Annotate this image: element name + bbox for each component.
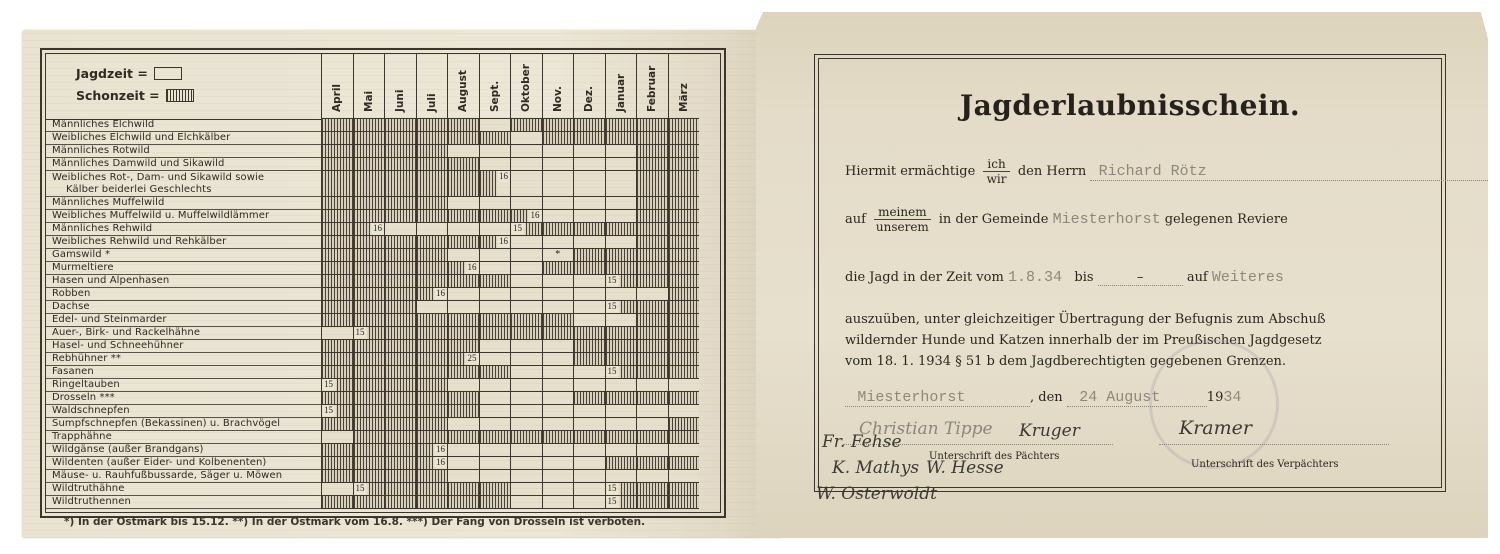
closed-season-cell [447,340,479,353]
closed-season-cell [384,119,416,132]
open-season-cell [479,223,511,236]
open-season-cell: * [542,249,574,262]
partial-season-cell: 15 [605,483,637,496]
closed-season-cell [416,158,448,171]
open-season-cell [447,418,479,431]
closed-season-cell [479,431,511,444]
open-season-cell [479,288,511,301]
closed-season-cell [668,340,700,353]
open-season-cell [636,288,668,301]
closed-season-cell [542,119,574,132]
closed-season-cell [384,262,416,275]
closed-season-cell [416,431,448,444]
open-season-cell [573,444,605,457]
partial-season-cell: 16 [479,236,511,249]
partial-season-cell: 25 [447,353,479,366]
partial-season-cell: 15 [321,405,353,418]
permit-line-2: auf meinemunserem in der Gemeinde Mieste… [845,205,1288,234]
closed-season-cell [447,275,479,288]
open-season-cell [510,418,542,431]
open-season-cell [416,301,448,314]
open-season-cell [605,379,637,392]
closed-season-cell [384,457,416,470]
closed-season-cell [636,314,668,327]
closed-season-cell [510,314,542,327]
species-label: Wildtruthähne [46,483,321,496]
open-season-swatch-icon [154,67,182,80]
partial-season-cell: 15 [321,379,353,392]
partial-season-cell: 15 [605,301,637,314]
closed-season-cell [384,483,416,496]
table-row [321,314,699,327]
closed-season-cell [447,366,479,379]
closed-season-cell [636,249,668,262]
closed-season-cell [573,392,605,405]
closed-season-cell [384,444,416,457]
species-label: Weibliches Rot-, Dam- und Sikawild sowie… [46,171,321,197]
open-season-cell [636,405,668,418]
closed-season-cell [447,236,479,249]
closed-season-cell [573,262,605,275]
partial-season-cell: 16 [447,262,479,275]
closed-season-cell [668,262,700,275]
open-season-cell [510,132,542,145]
closed-season-cell [605,249,637,262]
closed-season-cell [384,353,416,366]
species-label: Männliches Rehwild [46,223,321,236]
closed-season-cell [321,197,353,210]
closed-season-cell [321,418,353,431]
closed-season-cell [416,145,448,158]
open-season-cell [447,470,479,483]
month-header: Januar [605,54,637,119]
species-label: Drosseln *** [46,392,321,405]
open-season-cell [542,496,574,509]
closed-season-cell [668,496,700,509]
closed-season-cell [573,119,605,132]
closed-season-cell [416,327,448,340]
permit-frame: Jagderlaubnisschein. Hiermit ermächtige … [814,54,1446,492]
species-label: Männliches Rotwild [46,145,321,158]
closed-season-cell [573,132,605,145]
closed-season-cell [447,327,479,340]
month-header: Oktober [510,54,542,119]
closed-season-cell [636,132,668,145]
closed-season-cell [384,418,416,431]
species-label: Hasel- und Schneehühner [46,340,321,353]
closed-season-cell [384,158,416,171]
species-label: Mäuse- u. Rauhfußbussarde, Säger u. Möwe… [46,470,321,483]
legend: Jagdzeit = Schonzeit = [46,54,321,120]
closed-season-cell [353,314,385,327]
open-season-cell [542,197,574,210]
open-season-cell [542,236,574,249]
closed-season-cell [384,392,416,405]
closed-season-cell [321,496,353,509]
closed-season-cell [605,431,637,444]
species-label: Gamswild * [46,249,321,262]
open-season-cell [416,223,448,236]
lessee-signature-3: Fr. Fehse [822,432,902,452]
closed-season-cell [605,457,637,470]
closed-season-cell [321,392,353,405]
closed-season-cell [636,353,668,366]
closed-season-cell [636,145,668,158]
closed-season-cell [668,223,700,236]
open-season-cell [573,197,605,210]
partial-season-cell: 16 [416,457,448,470]
date-to-field: – [1098,270,1183,286]
table-row: 15 [321,275,699,288]
closed-season-cell [636,340,668,353]
closed-season-cell [447,132,479,145]
closed-season-cell [479,483,511,496]
closed-season-cell [353,405,385,418]
open-season-cell [510,379,542,392]
open-season-cell [605,470,637,483]
open-season-cell [573,379,605,392]
closed-season-cell [353,418,385,431]
open-season-cell [605,314,637,327]
closed-season-cell [668,236,700,249]
species-label: Trapphähne [46,431,321,444]
closed-season-cell [321,158,353,171]
possessive-choice: meinemunserem [874,205,931,234]
open-season-cell [479,470,511,483]
open-season-cell [573,483,605,496]
open-season-cell [510,340,542,353]
open-season-cell [605,236,637,249]
closed-season-cell [636,301,668,314]
closed-season-cell [353,379,385,392]
closed-season-cell [479,275,511,288]
open-season-cell [542,145,574,158]
table-row: 25 [321,353,699,366]
closed-season-cell [353,249,385,262]
open-season-cell [510,496,542,509]
open-season-cell [510,145,542,158]
closed-season-cell [416,483,448,496]
species-label: Waldschnepfen [46,405,321,418]
open-season-cell [479,145,511,158]
closed-season-cell [668,301,700,314]
closed-season-cell [353,444,385,457]
species-label: Männliches Damwild und Sikawild [46,158,321,171]
month-header: Juli [416,54,448,119]
closed-season-cell [353,210,385,223]
closed-season-cell [668,366,700,379]
holder-name-field: Richard Rötz [1090,163,1500,181]
open-season-cell [573,236,605,249]
open-season-cell [573,158,605,171]
closed-season-cell [384,340,416,353]
species-label: Hasen und Alpenhasen [46,275,321,288]
closed-season-cell [479,327,511,340]
closed-season-cell [447,314,479,327]
open-season-cell [510,457,542,470]
closed-season-cell [384,145,416,158]
open-season-cell [542,483,574,496]
open-season-cell [479,457,511,470]
lessor-signature: Kramer [1179,417,1252,439]
closed-season-cell [353,301,385,314]
open-season-cell [447,301,479,314]
open-season-cell [636,470,668,483]
closed-season-cell [384,470,416,483]
closed-season-cell [384,197,416,210]
open-season-cell [447,197,479,210]
closed-season-cell [636,366,668,379]
season-table: Jagdzeit = Schonzeit = AprilMaiJuniJuliA… [40,48,726,518]
month-header: Dez. [573,54,605,119]
open-season-cell [542,288,574,301]
closed-season-cell [447,431,479,444]
open-season-cell [510,470,542,483]
open-season-cell [447,379,479,392]
until-field: Weiteres [1212,269,1284,286]
closed-season-cell [321,353,353,366]
municipality-field: Miesterhorst [1053,211,1161,228]
species-label: Wildgänse (außer Brandgans) [46,444,321,457]
open-season-cell [479,119,511,132]
open-season-cell [542,405,574,418]
closed-season-cell [321,132,353,145]
open-season-cell [510,197,542,210]
closed-season-cell [479,366,511,379]
closed-season-cell [384,236,416,249]
partial-season-cell: 15 [510,223,542,236]
closed-season-cell [416,249,448,262]
date-from-field: 1.8.34 [1008,269,1062,286]
closed-season-cell [384,327,416,340]
closed-season-cell [353,158,385,171]
table-row: 15 [321,379,699,392]
closed-season-cell [353,275,385,288]
table-row: 15 [321,496,699,509]
closed-season-cell [321,223,353,236]
partial-season-cell: 15 [605,496,637,509]
partial-season-cell: 15 [605,366,637,379]
closed-season-cell [542,431,574,444]
closed-season-cell [573,353,605,366]
closed-season-cell [321,340,353,353]
table-row: 16 [321,457,699,470]
closed-season-cell [416,119,448,132]
table-row: 16 [321,210,699,223]
open-season-cell [542,418,574,431]
table-row: 16 [321,236,699,249]
closed-season-cell [636,262,668,275]
closed-season-cell [416,496,448,509]
open-season-cell [573,405,605,418]
species-label: Ringeltauben [46,379,321,392]
month-header: Sept. [479,54,511,119]
closed-season-cell [668,327,700,340]
partial-season-cell: 16 [353,223,385,236]
season-grid: 1616161516*1615161515251515151616151515 [321,119,699,509]
open-season-cell [605,197,637,210]
closed-season-cell [416,353,448,366]
closed-season-cell [416,379,448,392]
open-season-cell [573,288,605,301]
open-season-cell [668,444,700,457]
species-label: Robben [46,288,321,301]
pronoun-choice: ichwir [983,157,1009,186]
open-season-cell [542,301,574,314]
closed-season-cell [542,223,574,236]
closed-season-cell [384,431,416,444]
closed-season-cell [321,249,353,262]
table-row [321,145,699,158]
closed-season-cell [353,288,385,301]
closed-season-cell [321,288,353,301]
open-season-cell [542,158,574,171]
species-label: Murmeltiere [46,262,321,275]
closed-season-cell [384,301,416,314]
closed-season-cell [384,249,416,262]
open-season-cell [542,392,574,405]
open-season-cell [573,418,605,431]
table-row [321,119,699,132]
open-season-cell [510,275,542,288]
closed-season-cell [353,366,385,379]
permit-title: Jagderlaubnisschein. [819,89,1441,122]
open-season-cell [510,171,542,197]
closed-season-cell [384,171,416,197]
open-season-cell [447,444,479,457]
closed-season-cell [321,171,353,197]
place-date-line: Miesterhorst, den 24 August1934 [845,389,1241,407]
open-season-cell [605,405,637,418]
closed-season-cell [605,327,637,340]
closed-season-cell [636,119,668,132]
open-season-cell [447,223,479,236]
open-season-cell [479,444,511,457]
table-row: * [321,249,699,262]
closed-season-cell [636,158,668,171]
closed-season-cell [605,132,637,145]
closed-season-cell [542,262,574,275]
species-label: Weibliches Muffelwild u. Muffelwildlämme… [46,210,321,223]
closed-season-cell [416,210,448,223]
open-season-cell [510,353,542,366]
closed-season-cell [605,262,637,275]
species-label: Wildtruthennen [46,496,321,509]
table-row: 16 [321,262,699,275]
closed-season-cell [605,223,637,236]
table-row: 15 [321,405,699,418]
open-season-cell [510,301,542,314]
closed-season-cell [353,353,385,366]
open-season-cell [636,379,668,392]
open-season-cell [479,405,511,418]
lessor-signature-label: Unterschrift des Verpächters [1191,459,1339,470]
closed-season-cell [668,132,700,145]
date-signed-field: 24 August [1067,389,1207,407]
table-row [321,470,699,483]
hunting-season-table-page: Jagdzeit = Schonzeit = AprilMaiJuniJuliA… [22,30,782,538]
closed-season-cell [321,236,353,249]
open-season-cell [668,470,700,483]
partial-season-cell: 16 [479,171,511,197]
open-season-cell [321,327,353,340]
open-season-cell [479,197,511,210]
species-label: Edel- und Steinmarder [46,314,321,327]
open-season-cell [479,340,511,353]
closed-season-cell [479,314,511,327]
species-label: Männliches Elchwild [46,119,321,132]
species-label: Dachse [46,301,321,314]
closed-season-cell [353,236,385,249]
closed-season-cell [416,340,448,353]
closed-season-cell [636,171,668,197]
closed-season-cell [384,379,416,392]
table-row: 15 [321,366,699,379]
open-season-cell [479,392,511,405]
closed-season-cell [636,236,668,249]
closed-season-cell [636,275,668,288]
open-season-cell [510,483,542,496]
permit-line-3: die Jagd in der Zeit vom 1.8.34 bis – au… [845,269,1284,286]
closed-season-cell [416,197,448,210]
partial-season-cell: 16 [416,288,448,301]
closed-season-cell [353,132,385,145]
closed-season-cell [605,340,637,353]
closed-season-cell [321,145,353,158]
closed-season-cell [321,314,353,327]
open-season-cell [479,418,511,431]
closed-season-cell [321,262,353,275]
closed-season-cell [542,132,574,145]
open-season-cell [510,158,542,171]
closed-season-cell [636,210,668,223]
open-season-cell [447,457,479,470]
closed-season-cell [668,119,700,132]
closed-season-cell [321,119,353,132]
open-season-cell [542,379,574,392]
closed-season-cell [479,210,511,223]
place-field: Miesterhorst [845,389,1030,407]
closed-season-cell [636,197,668,210]
closed-season-swatch-icon [166,89,194,102]
closed-season-cell [668,158,700,171]
closed-season-cell [479,496,511,509]
open-season-cell [668,405,700,418]
table-row: 15 [321,327,699,340]
open-season-cell [479,379,511,392]
open-season-cell [510,405,542,418]
open-season-cell [573,171,605,197]
open-season-cell [510,262,542,275]
table-row: 15 [321,301,699,314]
closed-season-cell [573,223,605,236]
closed-season-cell [416,366,448,379]
closed-season-cell [384,288,416,301]
permit-line-1: Hiermit ermächtige ichwir den Herrn Rich… [845,157,1500,186]
closed-season-cell [668,171,700,197]
closed-season-cell [353,496,385,509]
open-season-cell [510,366,542,379]
closed-season-cell [384,314,416,327]
closed-season-cell [447,496,479,509]
closed-season-cell [416,418,448,431]
month-header: Februar [636,54,668,119]
partial-season-cell: 15 [353,327,385,340]
closed-season-cell [668,249,700,262]
open-season-cell [573,366,605,379]
closed-season-cell [416,171,448,197]
table-row: 1515 [321,483,699,496]
